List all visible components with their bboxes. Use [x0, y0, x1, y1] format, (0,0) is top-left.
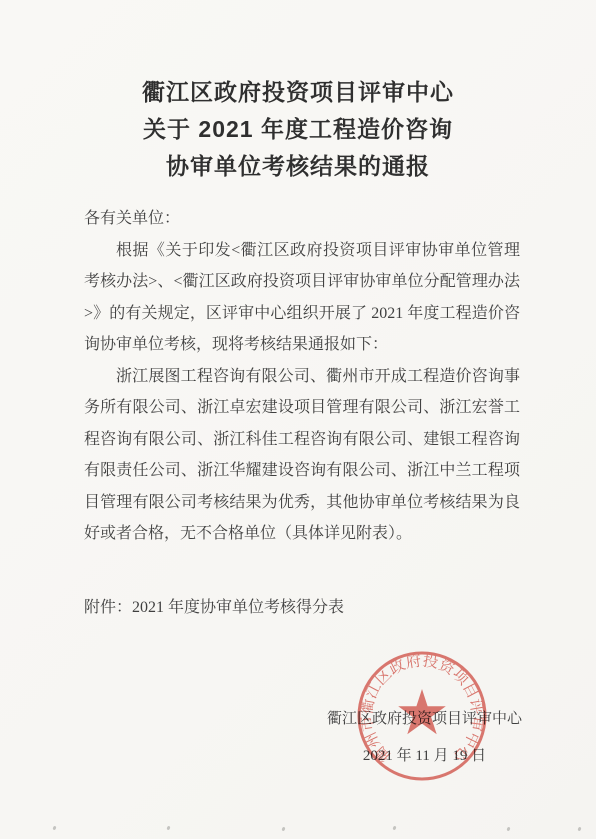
- salutation: 各有关单位：: [84, 203, 520, 235]
- title-line-1: 衢江区政府投资项目评审中心: [0, 74, 596, 111]
- scan-speck: [166, 826, 170, 831]
- signature-date: 2021 年 11 月 19 日: [327, 738, 522, 775]
- document-title: 衢江区政府投资项目评审中心 关于 2021 年度工程造价咨询 协审单位考核结果的…: [0, 74, 596, 185]
- signature-org: 衢江区政府投资项目评审中心: [327, 701, 522, 738]
- body-paragraph-2: 浙江展图工程咨询有限公司、衢州市开成工程造价咨询事务所有限公司、浙江卓宏建设项目…: [84, 361, 520, 550]
- attachment-line: 附件：2021 年度协审单位考核得分表: [84, 592, 520, 624]
- scan-speck: [281, 827, 285, 832]
- document-page: 衢江区政府投资项目评审中心 关于 2021 年度工程造价咨询 协审单位考核结果的…: [0, 0, 596, 839]
- document-body: 各有关单位： 根据《关于印发<衢江区政府投资项目评审协审单位管理考核办法>、<衢…: [84, 203, 520, 550]
- title-line-2: 关于 2021 年度工程造价咨询: [0, 111, 596, 148]
- scan-speck: [52, 826, 56, 831]
- scan-speck: [392, 826, 396, 831]
- title-line-3: 协审单位考核结果的通报: [0, 148, 596, 185]
- signature-block: 衢江区政府投资项目评审中心 2021 年 11 月 19 日: [327, 701, 522, 775]
- scan-speck: [506, 827, 510, 832]
- scan-speck: [577, 827, 581, 832]
- body-paragraph-1: 根据《关于印发<衢江区政府投资项目评审协审单位管理考核办法>、<衢江区政府投资项…: [84, 235, 520, 361]
